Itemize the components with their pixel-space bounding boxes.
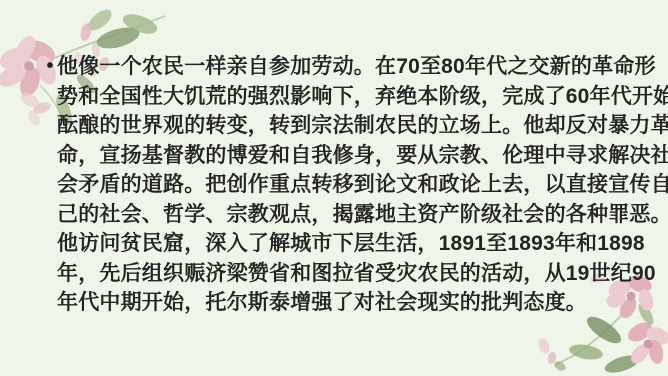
paragraph-line: 酝酿的世界观的转变，转到宗法制农民的立场上。他却反对暴力革 — [57, 111, 637, 141]
bullet-marker: • — [43, 52, 57, 82]
paragraph-line: 他访问贫民窟，深入了解城市下层生活，1891至1893年和1898 — [57, 229, 637, 259]
paragraph-line: 他像一个农民一样亲自参加劳动。在70至80年代之交新的革命形 — [57, 52, 637, 82]
paragraph-line: 会矛盾的道路。把创作重点转移到论文和政论上去，以直接宣传自 — [57, 170, 637, 200]
paragraph-line: 势和全国性大饥荒的强烈影响下，弃绝本阶级，完成了60年代开始 — [57, 82, 637, 112]
body-text: 他像一个农民一样亲自参加劳动。在70至80年代之交新的革命形 势和全国性大饥荒的… — [57, 52, 637, 318]
paragraph-line: 己的社会、哲学、宗教观点，揭露地主资产阶级社会的各种罪恶。 — [57, 200, 637, 230]
paragraph-line: 年，先后组织赈济梁赞省和图拉省受灾农民的活动，从19世纪90 — [57, 259, 637, 289]
paragraph-line: 年代中期开始，托尔斯泰增强了对社会现实的批判态度。 — [57, 288, 637, 318]
paragraph-line: 命，宣扬基督教的博爱和自我修身，要从宗教、伦理中寻求解决社 — [57, 141, 637, 171]
presentation-slide: • 他像一个农民一样亲自参加劳动。在70至80年代之交新的革命形 势和全国性大饥… — [0, 0, 668, 376]
